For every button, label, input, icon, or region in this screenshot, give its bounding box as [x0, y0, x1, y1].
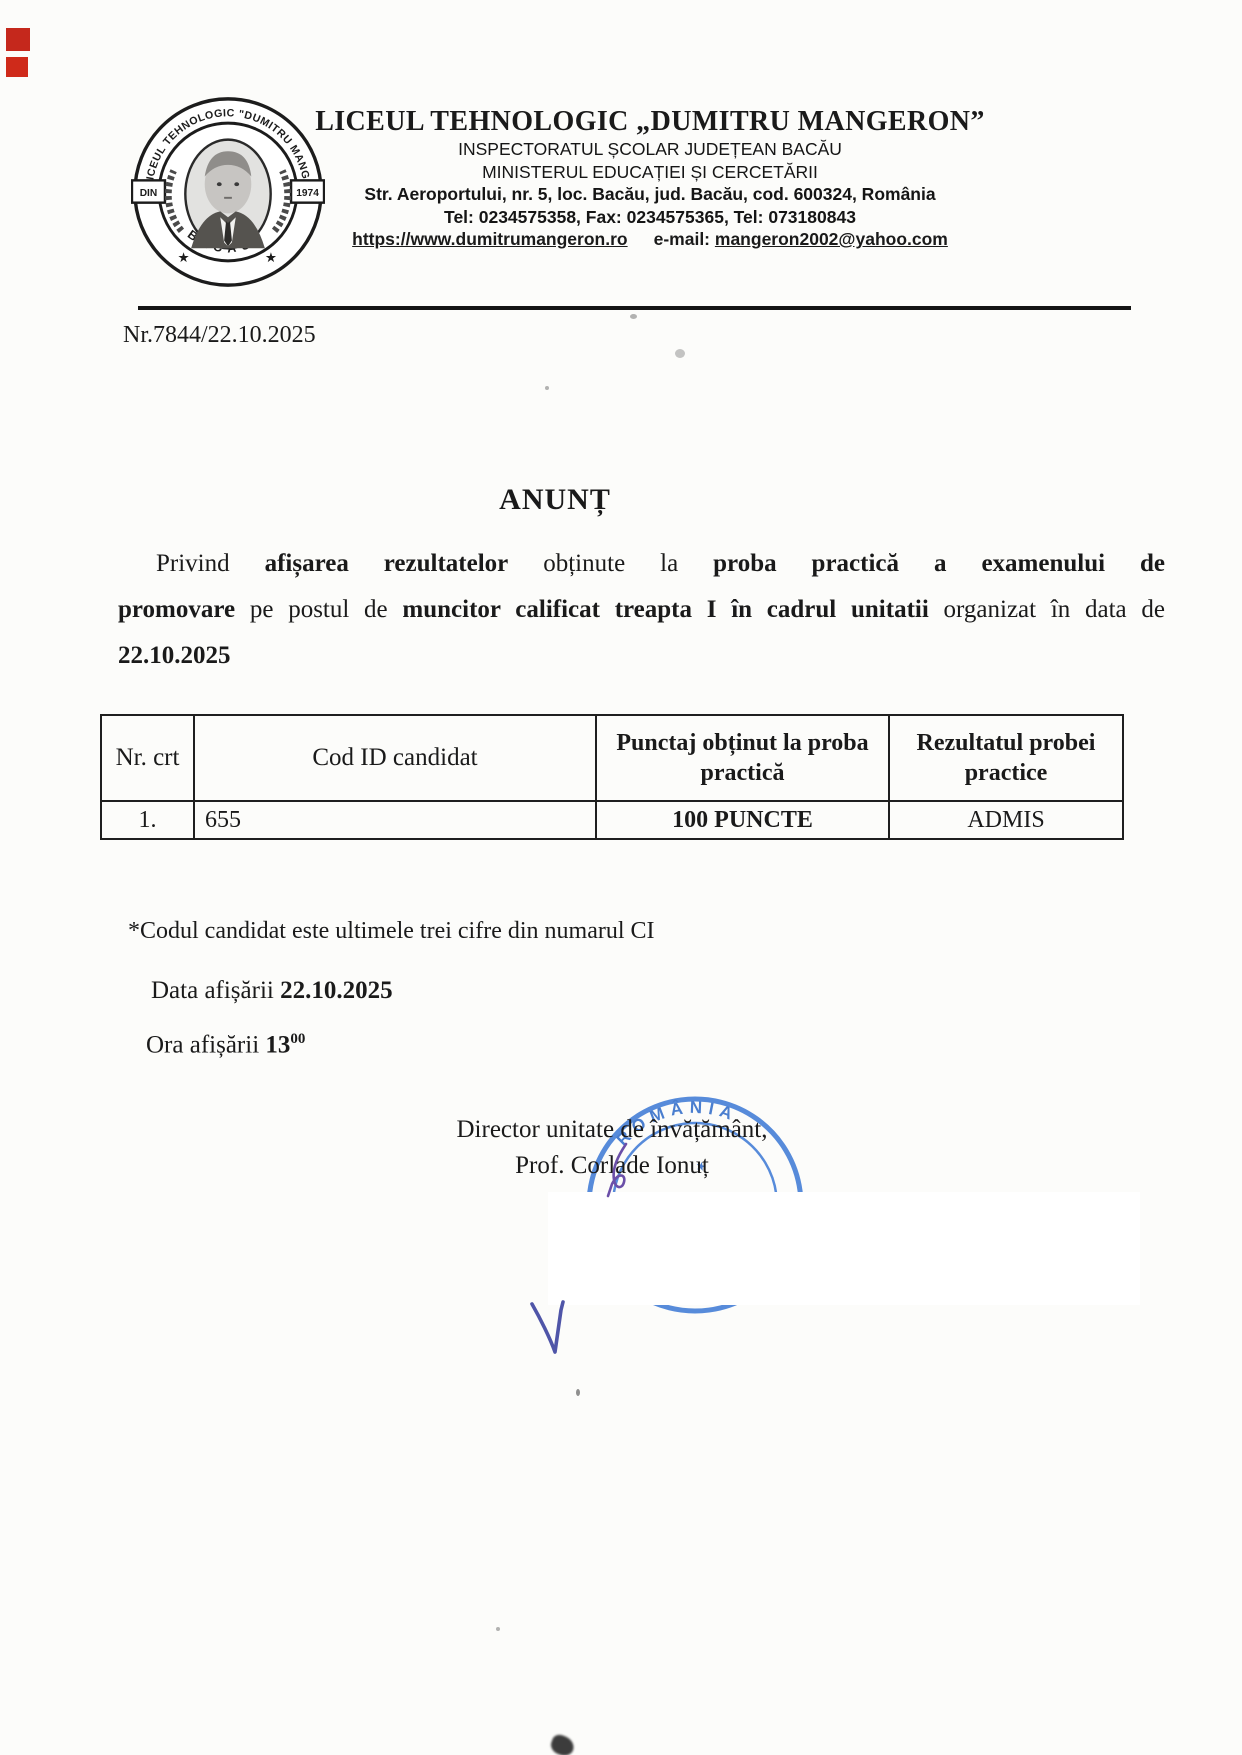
document-page: LICEUL TEHNOLOGIC "DUMITRU MANGERON" BAC… — [0, 0, 1242, 1755]
scan-smudge — [548, 1733, 576, 1755]
address-line: Str. Aeroportului, nr. 5, loc. Bacău, ju… — [305, 183, 995, 206]
announcement-paragraph: Privind afișarea rezultatelor obținute l… — [118, 541, 1165, 679]
col-header-punctaj: Punctaj obținut la proba practică — [596, 715, 889, 801]
display-time-line: Ora afișării 1300 — [146, 1031, 305, 1059]
document-number: Nr.7844/22.10.2025 — [123, 322, 316, 349]
date-label: Data afișării — [151, 977, 280, 1004]
seal-star-left: ★ — [178, 250, 190, 265]
scan-speck — [576, 1389, 580, 1396]
scan-speck — [675, 349, 685, 358]
footnote: *Codul candidat este ultimele trei cifre… — [128, 918, 655, 945]
cell-cod: 655 — [194, 801, 596, 839]
signature-pen-stroke — [604, 1142, 638, 1198]
cell-nr: 1. — [101, 801, 194, 839]
signature-pen-stroke — [528, 1296, 580, 1358]
org-line-2: MINISTERUL EDUCAȚIEI ȘI CERCETĂRII — [305, 161, 995, 184]
header-divider — [138, 306, 1131, 310]
redaction-box — [548, 1192, 1140, 1305]
email-label: e-mail: — [654, 229, 710, 249]
email-link: mangeron2002@yahoo.com — [715, 229, 948, 249]
display-date-line: Data afișării 22.10.2025 — [151, 977, 393, 1005]
scan-artifact-red — [6, 28, 30, 51]
col-header-cod: Cod ID candidat — [194, 715, 596, 801]
links-line: https://www.dumitrumangeron.roe-mail: ma… — [305, 228, 995, 251]
scan-artifact-red — [6, 57, 28, 77]
cell-punctaj: 100 PUNCTE — [596, 801, 889, 839]
org-line-1: INSPECTORATUL ȘCOLAR JUDEȚEAN BACĂU — [305, 138, 995, 161]
scan-speck — [630, 314, 637, 319]
table-row: 1. 655 100 PUNCTE ADMIS — [101, 801, 1123, 839]
school-name: LICEUL TEHNOLOGIC „DUMITRU MANGERON” — [305, 106, 995, 138]
table-header-row: Nr. crt Cod ID candidat Punctaj obținut … — [101, 715, 1123, 801]
seal-star-right: ★ — [265, 250, 277, 265]
scan-speck — [496, 1627, 500, 1631]
time-superscript: 00 — [290, 1031, 305, 1047]
seal-left-banner: DIN — [140, 188, 158, 199]
date-value: 22.10.2025 — [280, 977, 393, 1004]
col-header-rezultat: Rezultatul probei practice — [889, 715, 1123, 801]
page-title: ANUNȚ — [0, 483, 1110, 517]
website-link: https://www.dumitrumangeron.ro — [352, 229, 627, 249]
time-value: 13 — [265, 1031, 290, 1058]
phones-line: Tel: 0234575358, Fax: 0234575365, Tel: 0… — [305, 206, 995, 229]
time-label: Ora afișării — [146, 1031, 265, 1058]
cell-rezultat: ADMIS — [889, 801, 1123, 839]
letterhead: LICEUL TEHNOLOGIC „DUMITRU MANGERON” INS… — [305, 106, 995, 251]
col-header-nr: Nr. crt — [101, 715, 194, 801]
scan-speck — [545, 386, 549, 390]
school-seal-logo: LICEUL TEHNOLOGIC "DUMITRU MANGERON" BAC… — [131, 95, 325, 289]
results-table: Nr. crt Cod ID candidat Punctaj obținut … — [100, 714, 1124, 840]
